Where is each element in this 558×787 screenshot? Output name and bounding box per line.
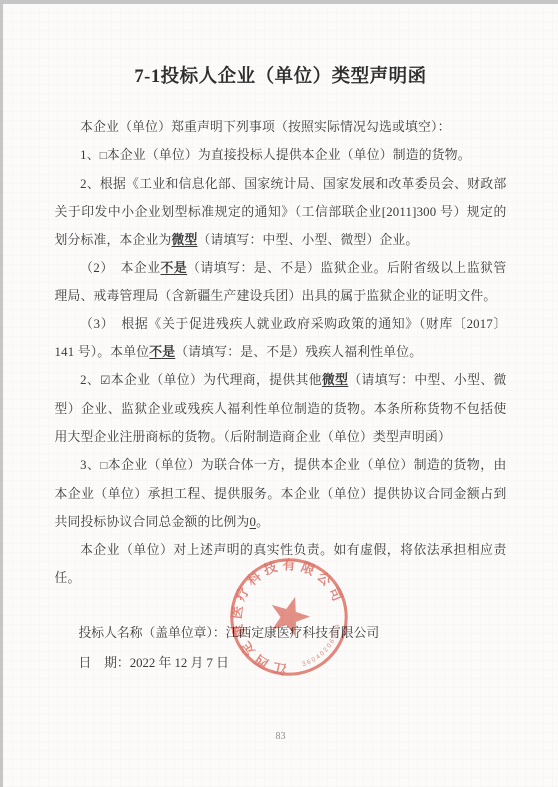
prison-answer-value: 不是 <box>161 261 188 275</box>
seal-star-icon <box>260 588 314 643</box>
item-2-3-disabled-welfare: （3） 根据《关于促进残疾人就业政府采购政策的通知》（财库〔2017〕141 号… <box>55 310 507 366</box>
text-segment: （请填写：中型、小型、微型）企业。 <box>197 233 418 247</box>
enterprise-type-value: 微型 <box>171 233 197 247</box>
checkbox-checked-icon: ☑ <box>100 375 111 387</box>
document-title: 7-1投标人企业（单位）类型声明函 <box>3 62 558 88</box>
text-segment: 3、 <box>80 458 100 472</box>
checkbox-unchecked-icon: □ <box>100 460 107 472</box>
text-segment: 本企业（单位）郑重声明下列事项（按照实际情况勾选或填空）： <box>80 120 451 134</box>
company-seal: 江西定康医疗科技有限公司 36040206989 <box>223 551 355 683</box>
text-segment: 本企业（单位）为代理商，提供其他 <box>111 373 322 387</box>
text-segment: 2、 <box>80 373 100 387</box>
agent-enterprise-type-value: 微型 <box>322 373 348 387</box>
item-2-2-prison-enterprise: （2） 本企业不是（请填写：是、不是）监狱企业。后附省级以上监狱管理局、戒毒管理… <box>55 254 507 310</box>
document-page: 7-1投标人企业（单位）类型声明函 本企业（单位）郑重声明下列事项（按照实际情况… <box>3 4 558 787</box>
text-segment: 。 <box>256 515 269 529</box>
checkbox-unchecked-icon: □ <box>100 150 107 162</box>
page-number: 83 <box>3 731 558 742</box>
item-1-direct-bidder: 1、□本企业（单位）为直接投标人提供本企业（单位）制造的货物。 <box>55 141 507 170</box>
text-segment: 1、 <box>80 148 100 162</box>
document-body: 本企业（单位）郑重声明下列事项（按照实际情况勾选或填空）：1、□本企业（单位）为… <box>55 113 507 592</box>
item-2-agent: 2、☑本企业（单位）为代理商，提供其他微型（请填写：中型、小型、微型）企业、监狱… <box>55 366 507 451</box>
scan-background: { "title": "7-1投标人企业（单位）类型声明函", "page_nu… <box>0 0 558 787</box>
text-segment: 本企业（单位）为直接投标人提供本企业（单位）制造的货物。 <box>107 148 471 162</box>
welfare-answer-value: 不是 <box>149 345 175 359</box>
item-2-size-classification: 2、根据《工业和信息化部、国家统计局、国家发展和改革委员会、财政部关于印发中小企… <box>55 170 507 254</box>
text-segment: （请填写：是、不是）残疾人福利性单位。 <box>175 345 422 359</box>
text-segment: 本企业（单位）为联合体一方，提供本企业（单位）制造的货物，由本企业（单位）承担工… <box>55 458 507 529</box>
text-segment: （2） 本企业 <box>80 261 160 275</box>
intro-declaration: 本企业（单位）郑重声明下列事项（按照实际情况勾选或填空）： <box>55 113 507 141</box>
item-3-consortium: 3、□本企业（单位）为联合体一方，提供本企业（单位）制造的货物，由本企业（单位）… <box>55 451 507 536</box>
